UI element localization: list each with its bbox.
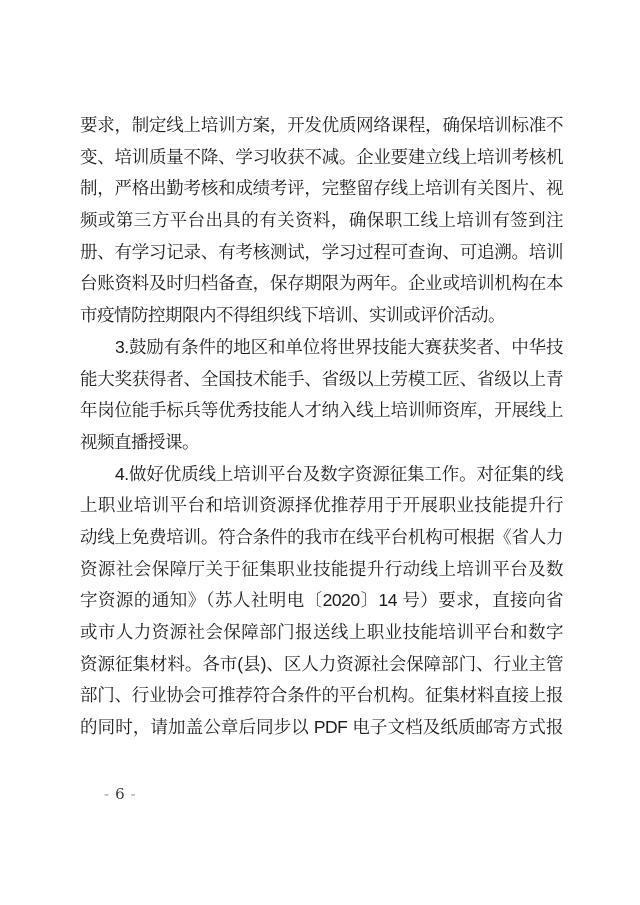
text-line: 制，严格出勤考核和成绩考评，完整留存线上培训有关图片、视 [80, 173, 563, 205]
text-line: 变、培训质量不降、学习收获不减。企业要建立线上培训考核机 [80, 142, 563, 174]
text-line: 要求，制定线上培训方案，开发优质网络课程，确保培训标准不 [80, 110, 563, 142]
text-line: 4.做好优质线上培训平台及数字资源征集工作。对征集的线 [80, 459, 563, 491]
text-line: 部门、行业协会可推荐符合条件的平台机构。征集材料直接上报 [80, 680, 563, 712]
text-line: 的同时，请加盖公章后同步以 PDF 电子文档及纸质邮寄方式报 [80, 712, 563, 744]
page-number-value: 6 [115, 785, 125, 803]
text-line: 册、有学习记录、有考核测试，学习过程可查询、可追溯。培训 [80, 237, 563, 269]
text-line: 年岗位能手标兵等优秀技能人才纳入线上培训师资库，开展线上 [80, 395, 563, 427]
page-number-dash-right: - [125, 785, 142, 803]
text-line: 或市人力资源社会保障部门报送线上职业技能培训平台和数字 [80, 617, 563, 649]
page-number: -6- [98, 784, 142, 804]
text-line: 能大奖获得者、全国技术能手、省级以上劳模工匠、省级以上青 [80, 364, 563, 396]
text-line: 上职业培训平台和培训资源择优推荐用于开展职业技能提升行 [80, 490, 563, 522]
text-line: 资源征集材料。各市(县)、区人力资源社会保障部门、行业主管 [80, 649, 563, 681]
document-body: 要求，制定线上培训方案，开发优质网络课程，确保培训标准不 变、培训质量不降、学习… [80, 110, 563, 744]
document-page: 要求，制定线上培训方案，开发优质网络课程，确保培训标准不 变、培训质量不降、学习… [0, 0, 640, 905]
page-number-dash-left: - [98, 785, 115, 803]
text-line: 频或第三方平台出具的有关资料，确保职工线上培训有签到注 [80, 205, 563, 237]
text-line: 动线上免费培训。符合条件的我市在线平台机构可根据《省人力 [80, 522, 563, 554]
text-line: 视频直播授课。 [80, 427, 563, 459]
text-line: 台账资料及时归档备查，保存期限为两年。企业或培训机构在本 [80, 268, 563, 300]
text-line: 3.鼓励有条件的地区和单位将世界技能大赛获奖者、中华技 [80, 332, 563, 364]
text-line: 资源社会保障厅关于征集职业技能提升行动线上培训平台及数 [80, 554, 563, 586]
text-line: 市疫情防控期限内不得组织线下培训、实训或评价活动。 [80, 300, 563, 332]
text-line: 字资源的通知》（苏人社明电〔2020〕14 号）要求，直接向省 [80, 585, 563, 617]
